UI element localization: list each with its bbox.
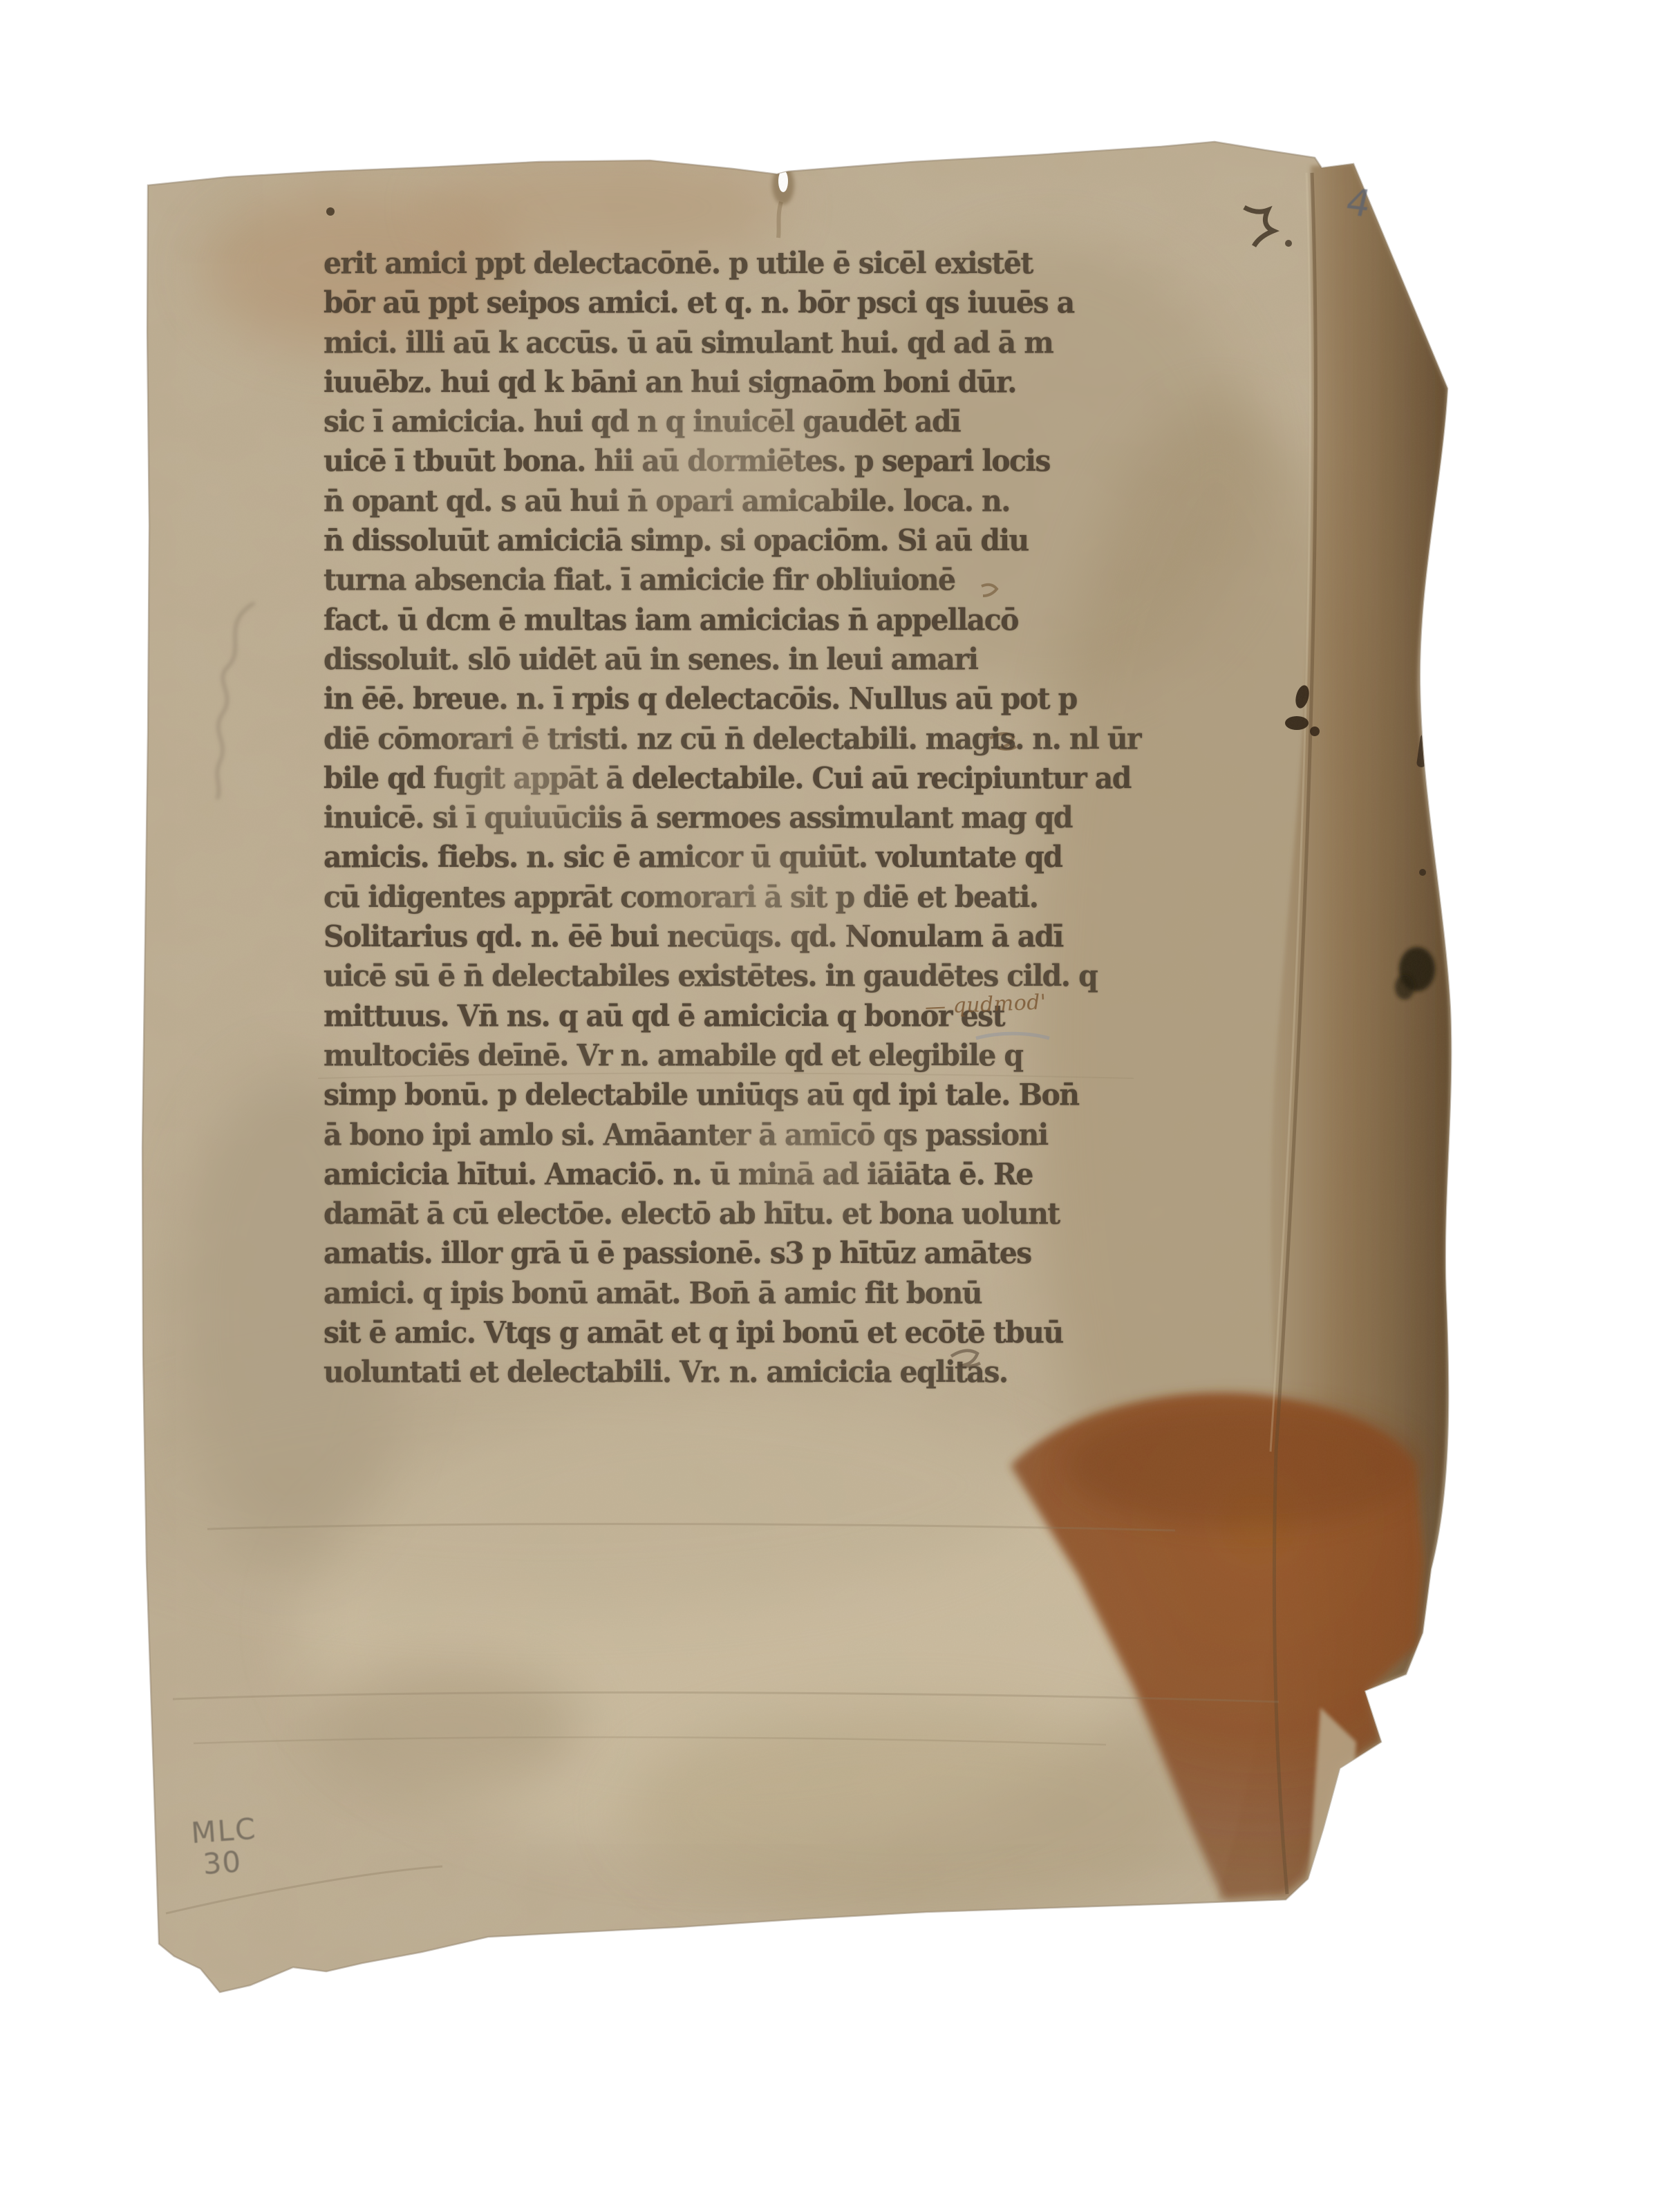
manuscript-line: amici. q ipis bonū amāt. Bon̄ ā amic fit… xyxy=(324,1273,973,1315)
photograph-stage: erit amici ppt delectacōnē. p utile ē si… xyxy=(0,0,1659,2212)
manuscript-line: amicis. fiebs. n. sic ē amicor ū quiūt. … xyxy=(324,837,973,879)
manuscript-line: in ēē. breue. n. ī rpis q delectacōis. N… xyxy=(324,679,973,720)
manuscript-line: dissoluit. slō uidēt aū in senes. in leu… xyxy=(324,639,973,681)
manuscript-line: ā bono ipi amlo si. Amāanter ā amīcō qs … xyxy=(324,1115,973,1156)
manuscript-line: bōr aū ppt seipos amici. et q. n. bōr ps… xyxy=(324,283,973,324)
manuscript-line: uicē sū ē n̄ delectabiles existētes. in … xyxy=(324,956,973,997)
shelfmark-pencil: MLC 30 xyxy=(190,1813,260,1881)
manuscript-line: diē cōmorari ē tristi. nz cū n̄ delectab… xyxy=(324,719,973,760)
manuscript-line: bile qd fugit appāt ā delectabile. Cui a… xyxy=(324,758,973,800)
manuscript-line: mici. illi aū k accūs. ū aū simulant hui… xyxy=(324,323,973,364)
manuscript-line: mittuus. Vn̄ ns. q aū qd ē amicicia q bo… xyxy=(324,996,973,1038)
manuscript-line: multociēs deīnē. Vr n. amabile qd et ele… xyxy=(324,1035,973,1077)
manuscript-line: fact. ū dcm ē multas iam amicicias n̄ ap… xyxy=(324,600,973,641)
manuscript-text-block: erit amici ppt delectacōnē. p utile ē si… xyxy=(324,243,973,1392)
manuscript-line: sic ī amicicia. hui qd n q inuicēl gaudē… xyxy=(324,402,973,443)
manuscript-line: uoluntati et delectabili. Vr. n. amicici… xyxy=(324,1352,973,1394)
manuscript-line: sit ē amic. Vtqs g amāt et q ipi bonū et… xyxy=(324,1313,973,1354)
shelfmark-line2: 30 xyxy=(202,1845,260,1881)
manuscript-line: turna absencia fiat. ī amicicie fir obli… xyxy=(324,560,973,601)
manuscript-line: erit amici ppt delectacōnē. p utile ē si… xyxy=(324,243,973,285)
manuscript-line: simp bonū. p delectabile uniūqs aū qd ip… xyxy=(324,1075,973,1116)
manuscript-line: amicicia hītui. Amaciō. n. ū minā ad iāi… xyxy=(324,1154,973,1196)
manuscript-line: damāt ā cū electōe. electō ab hītu. et b… xyxy=(324,1194,973,1235)
manuscript-line: Solitarius qd. n. ēē bui necūqs. qd. Non… xyxy=(324,917,973,958)
manuscript-line: amatis. illor grā ū ē passionē. s3 p hīt… xyxy=(324,1233,973,1275)
shelfmark-line1: MLC xyxy=(190,1813,258,1850)
manuscript-line: uicē ī tbuūt bona. hii aū dormiētes. p s… xyxy=(324,441,973,482)
manuscript-line: cū idigentes apprāt comorari ā sit p diē… xyxy=(324,877,973,919)
manuscript-line: iuuēbz. hui qd k bāni an hui signaōm bon… xyxy=(324,362,973,404)
manuscript-line: inuicē. si ī quiuūciis ā sermoes assimul… xyxy=(324,798,973,839)
manuscript-line: n̄ dissoluūt amiciciā simp. si opaciōm. … xyxy=(324,521,973,562)
manuscript-line: n̄ opant qd. s aū hui n̄ opari amicabile… xyxy=(324,481,973,523)
